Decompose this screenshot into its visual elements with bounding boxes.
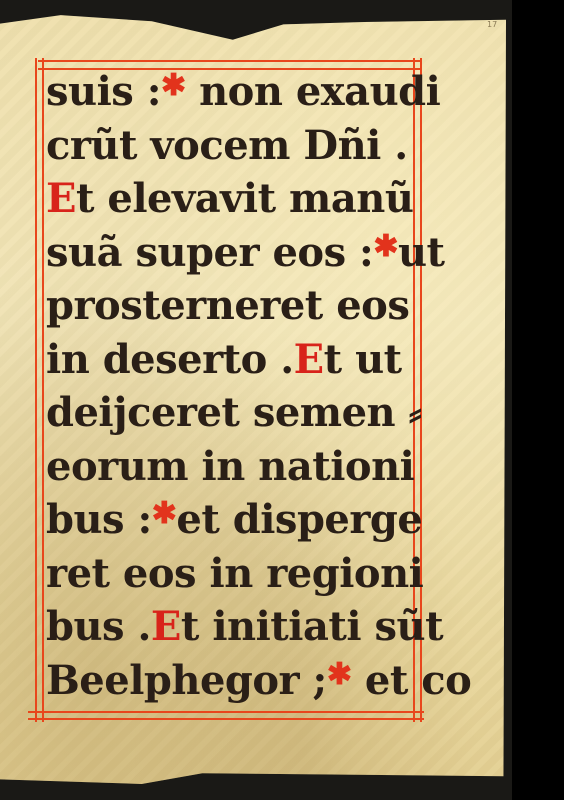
red-asterisk-icon: ✱ xyxy=(373,229,398,264)
text-run: eorum in nationi xyxy=(46,443,414,490)
text-line: suis :✱ non exaudi xyxy=(46,66,440,118)
ruling-bottom-inner xyxy=(28,711,424,713)
text-run: suã super eos : xyxy=(46,229,373,276)
text-line: eorum in nationi xyxy=(46,441,414,493)
text-run: suis : xyxy=(46,68,161,115)
text-run: ut xyxy=(398,229,445,276)
rubricated-initial: E xyxy=(294,336,324,383)
text-line: Et elevavit manũ xyxy=(46,173,413,225)
red-asterisk-icon: ✱ xyxy=(152,496,177,531)
ruling-top-outer xyxy=(38,60,422,62)
rubricated-initial: E xyxy=(46,175,76,222)
text-line: crũt vocem Dñi . xyxy=(46,120,408,172)
text-run: t ut xyxy=(324,336,402,383)
text-line: bus .Et initiati sũt xyxy=(46,601,443,653)
ruling-bottom-outer xyxy=(28,718,424,720)
text-run: crũt vocem Dñi . xyxy=(46,122,408,169)
rubricated-initial: E xyxy=(151,603,181,650)
red-asterisk-icon: ✱ xyxy=(327,657,352,692)
text-line: deijceret semen ⸗ xyxy=(46,387,421,439)
text-run: non exaudi xyxy=(186,68,441,115)
text-line: in deserto .Et ut xyxy=(46,334,402,386)
text-run: bus : xyxy=(46,496,152,543)
text-run: ret eos in regioni xyxy=(46,550,423,597)
text-run: et disperge xyxy=(176,496,422,543)
text-run: t initiati sũt xyxy=(181,603,443,650)
ruling-left-outer xyxy=(35,58,37,722)
text-run: t elevavit manũ xyxy=(76,175,413,222)
text-run: bus . xyxy=(46,603,151,650)
text-line: ret eos in regioni xyxy=(46,548,423,600)
folio-mark: 17 xyxy=(487,20,497,29)
ruling-left-inner xyxy=(42,58,44,722)
text-run: et co xyxy=(351,657,471,704)
text-line: suã super eos :✱ut xyxy=(46,227,445,279)
text-line: bus :✱et disperge xyxy=(46,494,422,546)
text-run: Beelphegor ; xyxy=(46,657,327,704)
text-line: Beelphegor ;✱ et co xyxy=(46,655,471,707)
text-run: prosterneret eos xyxy=(46,282,409,329)
text-run: in deserto . xyxy=(46,336,294,383)
text-run: deijceret semen ⸗ xyxy=(46,389,421,436)
text-line: prosterneret eos xyxy=(46,280,409,332)
red-asterisk-icon: ✱ xyxy=(161,68,186,103)
